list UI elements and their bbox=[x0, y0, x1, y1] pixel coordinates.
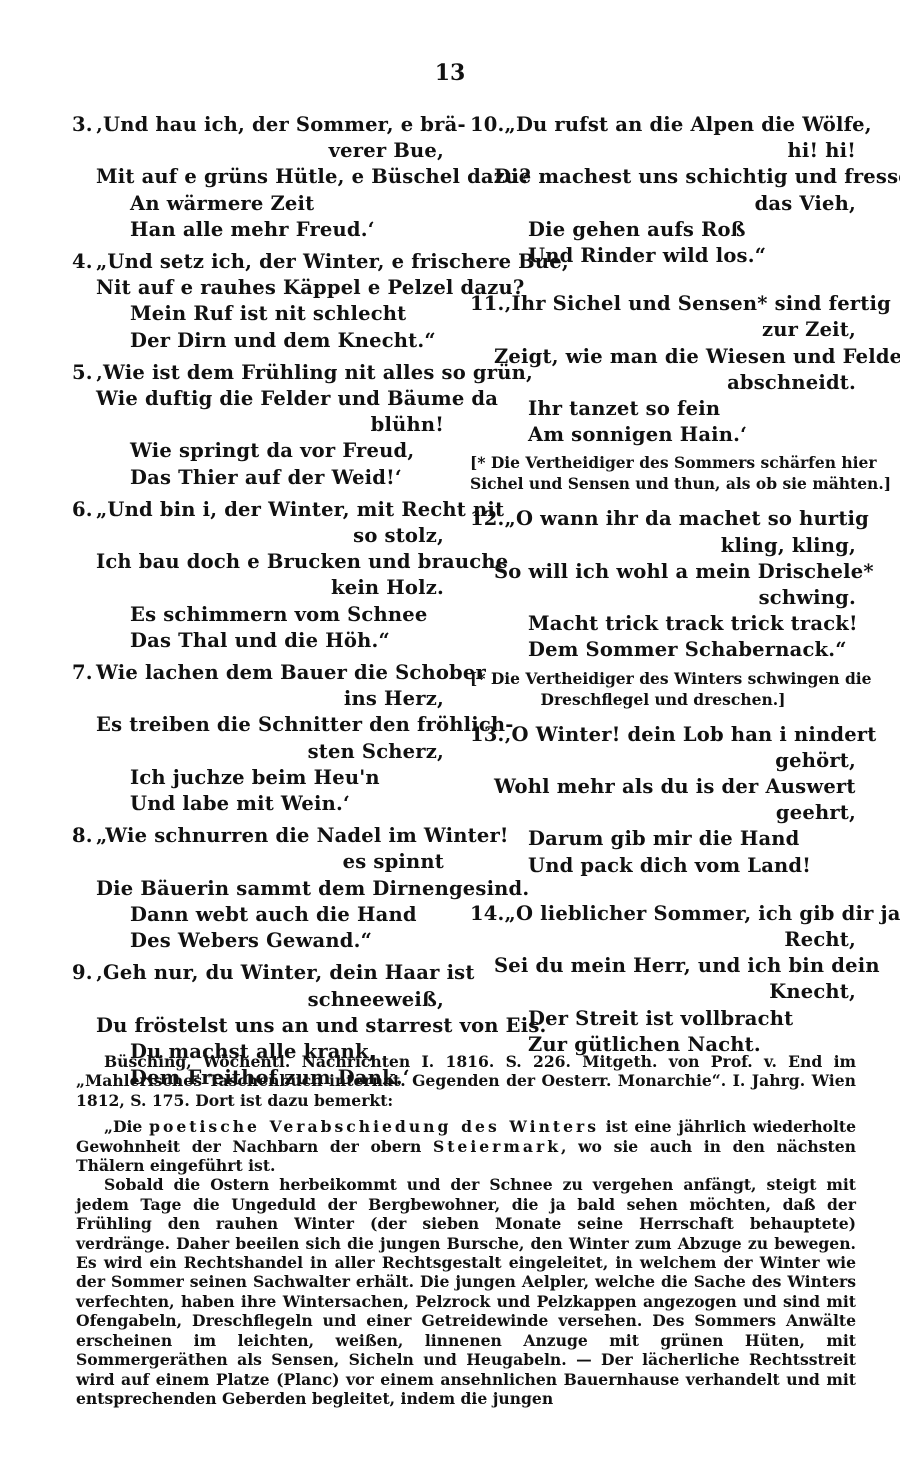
verse-line: Am sonnigen Hain.‘ bbox=[470, 422, 856, 448]
stanza-number: 12. bbox=[470, 506, 505, 532]
verse-line: 3.‚Und hau ich, der Sommer, e brä- bbox=[72, 112, 444, 138]
stanza-number: 9. bbox=[72, 960, 96, 986]
verse-line: so stolz, bbox=[72, 523, 444, 549]
verse-line: Mein Ruf ist nit schlecht bbox=[72, 301, 444, 327]
verse-line: Sei du mein Herr, und ich bin dein bbox=[470, 953, 856, 979]
verse-line: geehrt, bbox=[470, 800, 856, 826]
stanza-number: 13. bbox=[470, 722, 505, 748]
verse-line: Das Thier auf der Weid!‘ bbox=[72, 465, 444, 491]
verse-line: Der Dirn und dem Knecht.“ bbox=[72, 328, 444, 354]
verse-line: Mit auf e grüns Hütle, e Büschel dazu? bbox=[72, 164, 444, 190]
verse-line: 14.„O lieblicher Sommer, ich gib dir ja bbox=[470, 901, 856, 927]
verse-line: Es treiben die Schnitter den fröhlich- bbox=[72, 712, 444, 738]
verse-line: es spinnt bbox=[72, 849, 444, 875]
verse-line: Dem Sommer Schabernack.“ bbox=[470, 637, 856, 663]
verse-line: Die gehen aufs Roß bbox=[470, 217, 856, 243]
stanza-4: 4.„Und setz ich, der Winter, e frischere… bbox=[72, 249, 444, 354]
stanza-number: 14. bbox=[470, 901, 505, 927]
verse-line: 6.„Und bin i, der Winter, mit Recht nit bbox=[72, 497, 444, 523]
verse-line: hi! hi! bbox=[470, 138, 856, 164]
verse-line: Und labe mit Wein.‘ bbox=[72, 791, 444, 817]
verse-line: kein Holz. bbox=[72, 575, 444, 601]
stanza-number: 3. bbox=[72, 112, 96, 138]
verse-line: 5.‚Wie ist dem Frühling nit alles so grü… bbox=[72, 360, 444, 386]
stanza-number: 11. bbox=[470, 291, 505, 317]
verse-line: Han alle mehr Freud.‘ bbox=[72, 217, 444, 243]
verse-line: 10.„Du rufst an die Alpen die Wölfe, bbox=[470, 112, 856, 138]
stanza-8: 8.„Wie schnurren die Nadel im Winter!es … bbox=[72, 823, 444, 954]
verse-line: schwing. bbox=[470, 585, 856, 611]
source-commentary: Büsching, Wöchentl. Nachrichten I. 1816.… bbox=[76, 1052, 856, 1408]
verse-line: 7.Wie lachen dem Bauer die Schober bbox=[72, 660, 444, 686]
stanza-13: 13.‚O Winter! dein Lob han i nindertgehö… bbox=[470, 722, 856, 879]
verse-line: das Vieh, bbox=[470, 191, 856, 217]
verse-line: 8.„Wie schnurren die Nadel im Winter! bbox=[72, 823, 444, 849]
verse-line: Knecht, bbox=[470, 979, 856, 1005]
verse-line: schneeweiß, bbox=[72, 987, 444, 1013]
verse-line: 11.‚Ihr Sichel und Sensen* sind fertig bbox=[470, 291, 856, 317]
verse-line: Ihr tanzet so fein bbox=[470, 396, 856, 422]
verse-line: 9.‚Geh nur, du Winter, dein Haar ist bbox=[72, 960, 444, 986]
verse-line: kling, kling, bbox=[470, 533, 856, 559]
left-column: 3.‚Und hau ich, der Sommer, e brä-verer … bbox=[72, 112, 444, 1097]
verse-line: Des Webers Gewand.“ bbox=[72, 928, 444, 954]
verse-line: verer Bue, bbox=[72, 138, 444, 164]
verse-line: Macht trick track trick track! bbox=[470, 611, 856, 637]
stanza-14: 14.„O lieblicher Sommer, ich gib dir jaR… bbox=[470, 901, 856, 1058]
footnote: [* Die Vertheidiger des Sommers schärfen… bbox=[470, 452, 856, 494]
verse-line: Die machest uns schichtig und fressen bbox=[470, 164, 856, 190]
commentary-paragraph-1: „Die poetische Verabschiedung des Winter… bbox=[76, 1117, 856, 1175]
verse-line: ins Herz, bbox=[72, 686, 444, 712]
verse-line: Wie springt da vor Freud, bbox=[72, 438, 444, 464]
verse-line: Ich juchze beim Heu'n bbox=[72, 765, 444, 791]
emphasis-spaced: poetische Verabschiedung des Winters bbox=[149, 1117, 599, 1136]
verse-line: So will ich wohl a mein Drischele* bbox=[470, 559, 856, 585]
verse-line: Darum gib mir die Hand bbox=[470, 826, 856, 852]
verse-line: 13.‚O Winter! dein Lob han i nindert bbox=[470, 722, 856, 748]
verse-line: abschneidt. bbox=[470, 370, 856, 396]
verse-line: sten Scherz, bbox=[72, 739, 444, 765]
stanza-number: 10. bbox=[470, 112, 505, 138]
stanza-number: 4. bbox=[72, 249, 96, 275]
verse-line: blühn! bbox=[72, 412, 444, 438]
verse-line: Wohl mehr als du is der Auswert bbox=[470, 774, 856, 800]
source-citation: Büsching, Wöchentl. Nachrichten I. 1816.… bbox=[76, 1052, 856, 1110]
stanza-7: 7.Wie lachen dem Bauer die Schoberins He… bbox=[72, 660, 444, 817]
verse-line: Ich bau doch e Brucken und brauche bbox=[72, 549, 444, 575]
verse-line: 12.„O wann ihr da machet so hurtig bbox=[470, 506, 856, 532]
verse-line: Und pack dich vom Land! bbox=[470, 853, 856, 879]
commentary-paragraph-2: Sobald die Ostern herbeikommt und der Sc… bbox=[76, 1175, 856, 1408]
stanza-10: 10.„Du rufst an die Alpen die Wölfe,hi! … bbox=[470, 112, 856, 269]
verse-line: An wärmere Zeit bbox=[72, 191, 444, 217]
verse-line: Nit auf e rauhes Käppel e Pelzel dazu? bbox=[72, 275, 444, 301]
verse-line: Zeigt, wie man die Wiesen und Felder bbox=[470, 344, 856, 370]
stanza-12: 12.„O wann ihr da machet so hurtigkling,… bbox=[470, 506, 856, 663]
verse-line: Wie duftig die Felder und Bäume da bbox=[72, 386, 444, 412]
verse-line: Die Bäuerin sammt dem Dirnengesind. bbox=[72, 876, 444, 902]
stanza-11: 11.‚Ihr Sichel und Sensen* sind fertigzu… bbox=[470, 291, 856, 448]
right-column: 10.„Du rufst an die Alpen die Wölfe,hi! … bbox=[470, 112, 856, 1080]
stanza-number: 5. bbox=[72, 360, 96, 386]
verse-line: Recht, bbox=[470, 927, 856, 953]
verse-line: Dann webt auch die Hand bbox=[72, 902, 444, 928]
verse-line: Es schimmern vom Schnee bbox=[72, 602, 444, 628]
verse-line: Und Rinder wild los.“ bbox=[470, 243, 856, 269]
verse-line: Das Thal und die Höh.“ bbox=[72, 628, 444, 654]
footnote: [* Die Vertheidiger des Winters schwinge… bbox=[470, 668, 856, 710]
page-number: 13 bbox=[0, 60, 900, 86]
verse-line: zur Zeit, bbox=[470, 317, 856, 343]
stanza-5: 5.‚Wie ist dem Frühling nit alles so grü… bbox=[72, 360, 444, 491]
stanza-number: 6. bbox=[72, 497, 96, 523]
stanza-3: 3.‚Und hau ich, der Sommer, e brä-verer … bbox=[72, 112, 444, 243]
emphasis-spaced: Steiermark bbox=[433, 1137, 561, 1156]
stanza-number: 7. bbox=[72, 660, 96, 686]
verse-line: gehört, bbox=[470, 748, 856, 774]
verse-line: Du fröstelst uns an und starrest von Eis… bbox=[72, 1013, 444, 1039]
stanza-number: 8. bbox=[72, 823, 96, 849]
verse-line: Der Streit ist vollbracht bbox=[470, 1006, 856, 1032]
stanza-6: 6.„Und bin i, der Winter, mit Recht nits… bbox=[72, 497, 444, 654]
verse-line: 4.„Und setz ich, der Winter, e frischere… bbox=[72, 249, 444, 275]
